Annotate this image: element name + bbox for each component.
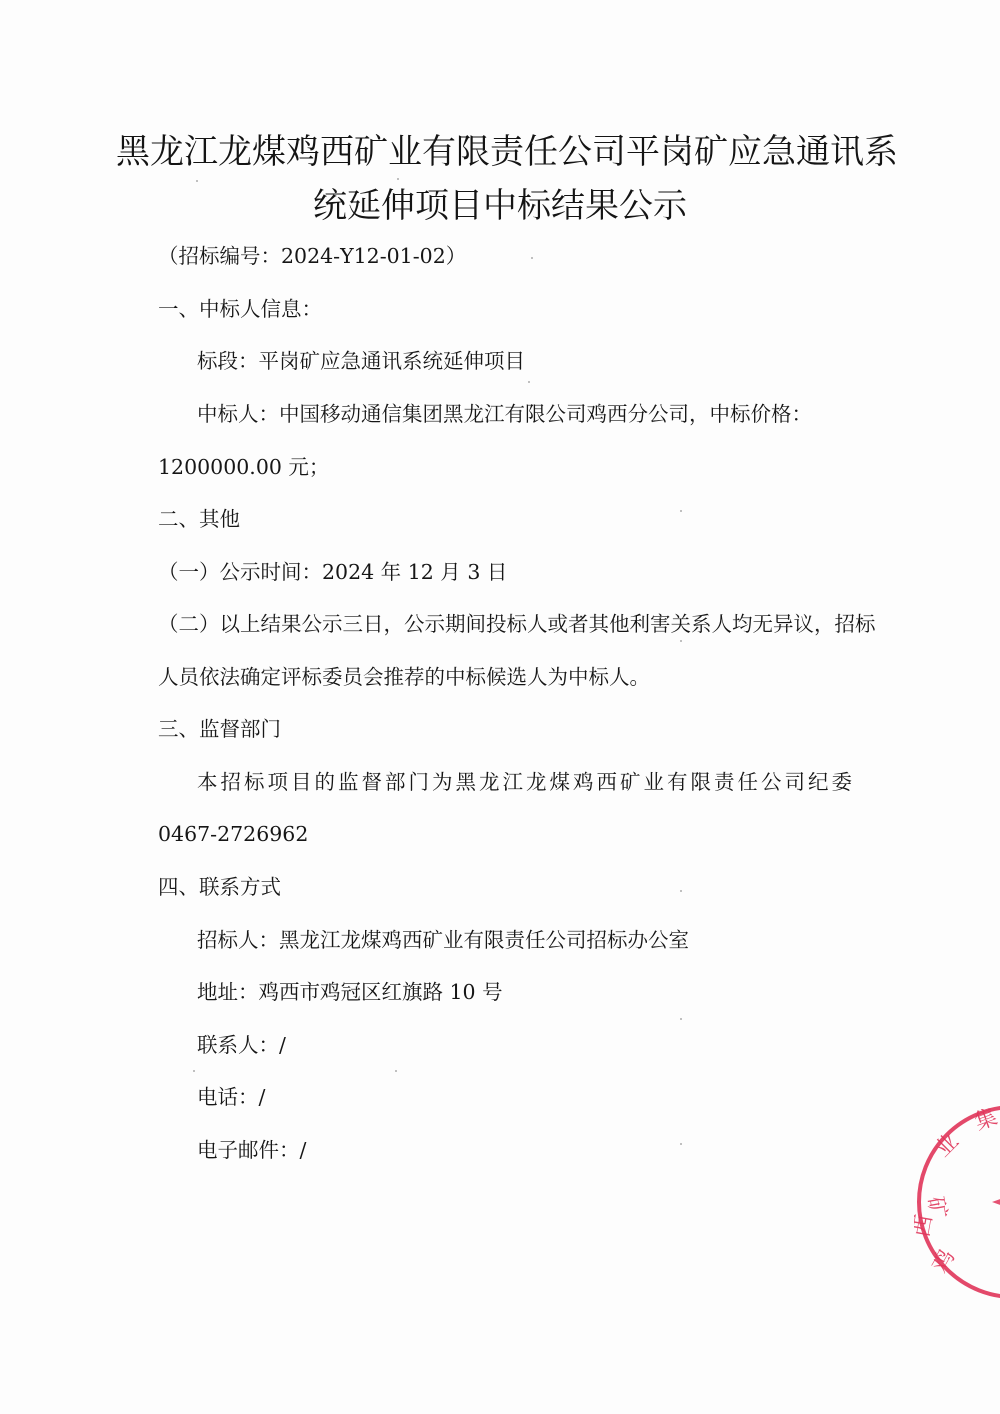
section-4-heading: 四、联系方式	[158, 874, 281, 900]
contact-person: 联系人：/	[197, 1032, 286, 1058]
scan-speck	[680, 510, 682, 512]
scan-speck	[531, 257, 533, 259]
scan-speck	[193, 1070, 195, 1072]
publicity-note-line-1: （二）以上结果公示三日，公示期间投标人或者其他利害关系人均无异议，招标	[158, 611, 876, 637]
scan-speck	[395, 1070, 397, 1072]
seal-char: 矿	[922, 1195, 950, 1221]
phone: 电话：/	[197, 1084, 265, 1110]
section-2-heading: 二、其他	[158, 506, 240, 532]
section-1-heading: 一、中标人信息：	[158, 296, 322, 322]
tender-number: （招标编号：2024-Y12-01-02）	[158, 243, 466, 269]
official-seal-stamp: 鸡 西 矿 业 集	[914, 1102, 1000, 1302]
document-title-line-1: 黑龙江龙煤鸡西矿业有限责任公司平岗矿应急通讯系	[7, 132, 1000, 172]
winning-price: 1200000.00 元；	[158, 454, 329, 480]
email: 电子邮件：/	[197, 1137, 306, 1163]
address: 地址：鸡西市鸡冠区红旗路 10 号	[197, 979, 503, 1005]
scan-speck	[680, 1143, 682, 1145]
scan-speck	[680, 890, 682, 892]
scan-speck	[397, 178, 399, 180]
publicity-time: （一）公示时间：2024 年 12 月 3 日	[158, 559, 507, 585]
tenderer: 招标人：黑龙江龙煤鸡西矿业有限责任公司招标办公室	[197, 927, 689, 953]
scan-speck	[196, 180, 198, 182]
lot-name: 标段：平岗矿应急通讯系统延伸项目	[197, 348, 525, 374]
document-page: 黑龙江龙煤鸡西矿业有限责任公司平岗矿应急通讯系 统延伸项目中标结果公示 （招标编…	[0, 0, 1000, 1414]
seal-icon: 鸡 西 矿 业 集	[914, 1102, 1000, 1302]
section-3-heading: 三、监督部门	[158, 716, 281, 742]
winner-line-1: 中标人：中国移动通信集团黑龙江有限公司鸡西分公司，中标价格：	[197, 401, 855, 427]
document-title-line-2: 统延伸项目中标结果公示	[0, 186, 1000, 226]
scan-speck	[680, 1018, 682, 1020]
scan-speck	[528, 381, 530, 383]
seal-char: 业	[931, 1129, 964, 1162]
scan-speck	[680, 640, 682, 642]
supervision-phone: 0467-2726962	[158, 821, 308, 847]
publicity-note-line-2: 人员依法确定评标委员会推荐的中标候选人为中标人。	[158, 664, 650, 690]
supervision-body: 本招标项目的监督部门为黑龙江龙煤鸡西矿业有限责任公司纪委	[197, 769, 855, 795]
